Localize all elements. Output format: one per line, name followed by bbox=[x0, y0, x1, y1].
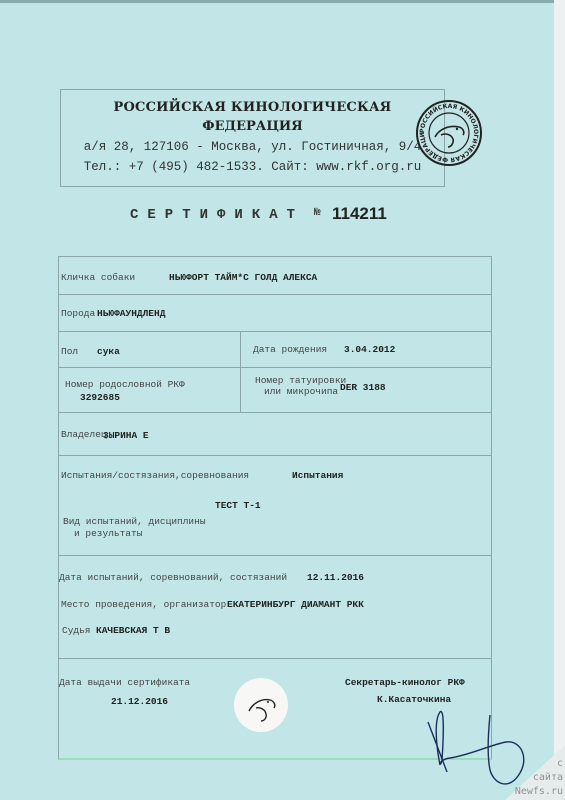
watermark-line3: Newfs.ru bbox=[515, 786, 563, 797]
breed-label: Порода bbox=[61, 308, 95, 319]
owner-value: ЗЫРИНА Е bbox=[103, 430, 149, 441]
row-divider bbox=[59, 658, 491, 659]
row-divider bbox=[59, 455, 491, 456]
scan-edge bbox=[554, 0, 565, 800]
judge-label: Судья bbox=[62, 625, 91, 636]
hologram-sticker bbox=[234, 678, 288, 732]
owner-label: Владелец bbox=[61, 429, 107, 440]
event-type-label: Испытания/состязания,соревнования bbox=[61, 470, 249, 481]
birth-date-value: 3.04.2012 bbox=[344, 344, 395, 355]
sex-value: сука bbox=[97, 346, 120, 357]
org-address: а/я 28, 127106 - Москва, ул. Гостиничная… bbox=[61, 140, 444, 154]
organization-header: РОССИЙСКАЯ КИНОЛОГИЧЕСКАЯ ФЕДЕРАЦИЯ а/я … bbox=[60, 89, 445, 187]
venue-label: Место проведения, организатор bbox=[61, 599, 226, 610]
event-date-value: 12.11.2016 bbox=[307, 572, 364, 583]
tattoo-value: DER 3188 bbox=[340, 382, 386, 393]
column-divider bbox=[240, 331, 241, 412]
event-type-value: Испытания bbox=[292, 470, 343, 481]
certificate-number: 114211 bbox=[332, 204, 387, 224]
row-divider bbox=[59, 555, 491, 556]
discipline-value: ТЕСТ Т-1 bbox=[215, 500, 261, 511]
row-divider bbox=[59, 412, 491, 413]
venue-value: ЕКАТЕРИНБУРГ ДИАМАНТ РКК bbox=[227, 599, 364, 610]
watermark-line2: сайта bbox=[533, 772, 563, 783]
row-divider bbox=[59, 294, 491, 295]
dog-name-value: НЬЮФОРТ ТАЙМ*С ГОЛД АЛЕКСА bbox=[169, 272, 317, 283]
birth-date-label: Дата рождения bbox=[253, 344, 327, 355]
discipline-label-line1: Вид испытаний, дисциплины bbox=[63, 516, 206, 527]
discipline-label-line2: и результаты bbox=[74, 528, 142, 539]
org-name-line2: ФЕДЕРАЦИЯ bbox=[61, 119, 444, 134]
row-divider bbox=[59, 331, 491, 332]
tattoo-label-line2: или микрочипа bbox=[264, 386, 338, 397]
judge-value: КАЧЕВСКАЯ Т В bbox=[96, 625, 170, 636]
sex-label: Пол bbox=[61, 346, 78, 357]
certificate-title: СЕРТИФИКАТ bbox=[130, 207, 304, 223]
tattoo-label-line1: Номер татуировки bbox=[255, 375, 346, 386]
org-contacts: Тел.: +7 (495) 482-1533. Сайт: www.rkf.o… bbox=[61, 160, 444, 174]
issue-date-label: Дата выдачи сертификата bbox=[59, 677, 190, 688]
row-divider bbox=[59, 367, 491, 368]
dog-head-icon bbox=[234, 678, 288, 732]
rkf-seal-icon: РОССИЙСКАЯ КИНОЛОГИЧЕСКАЯ ФЕДЕРАЦИЯ bbox=[415, 99, 483, 167]
org-name-line1: РОССИЙСКАЯ КИНОЛОГИЧЕСКАЯ bbox=[61, 100, 444, 115]
secretary-title: Секретарь-кинолог РКФ bbox=[345, 677, 465, 688]
issue-date-value: 21.12.2016 bbox=[111, 696, 168, 707]
watermark-line1: с bbox=[557, 758, 563, 769]
pedigree-label: Номер родословной РКФ bbox=[65, 379, 185, 390]
pedigree-value: 3292685 bbox=[80, 392, 120, 403]
event-date-label: Дата испытаний, соревнований, состязаний bbox=[59, 572, 287, 583]
breed-value: НЬЮФАУНДЛЕНД bbox=[97, 308, 165, 319]
certificate-number-label: № bbox=[314, 207, 321, 219]
dog-name-label: Кличка собаки bbox=[61, 272, 135, 283]
